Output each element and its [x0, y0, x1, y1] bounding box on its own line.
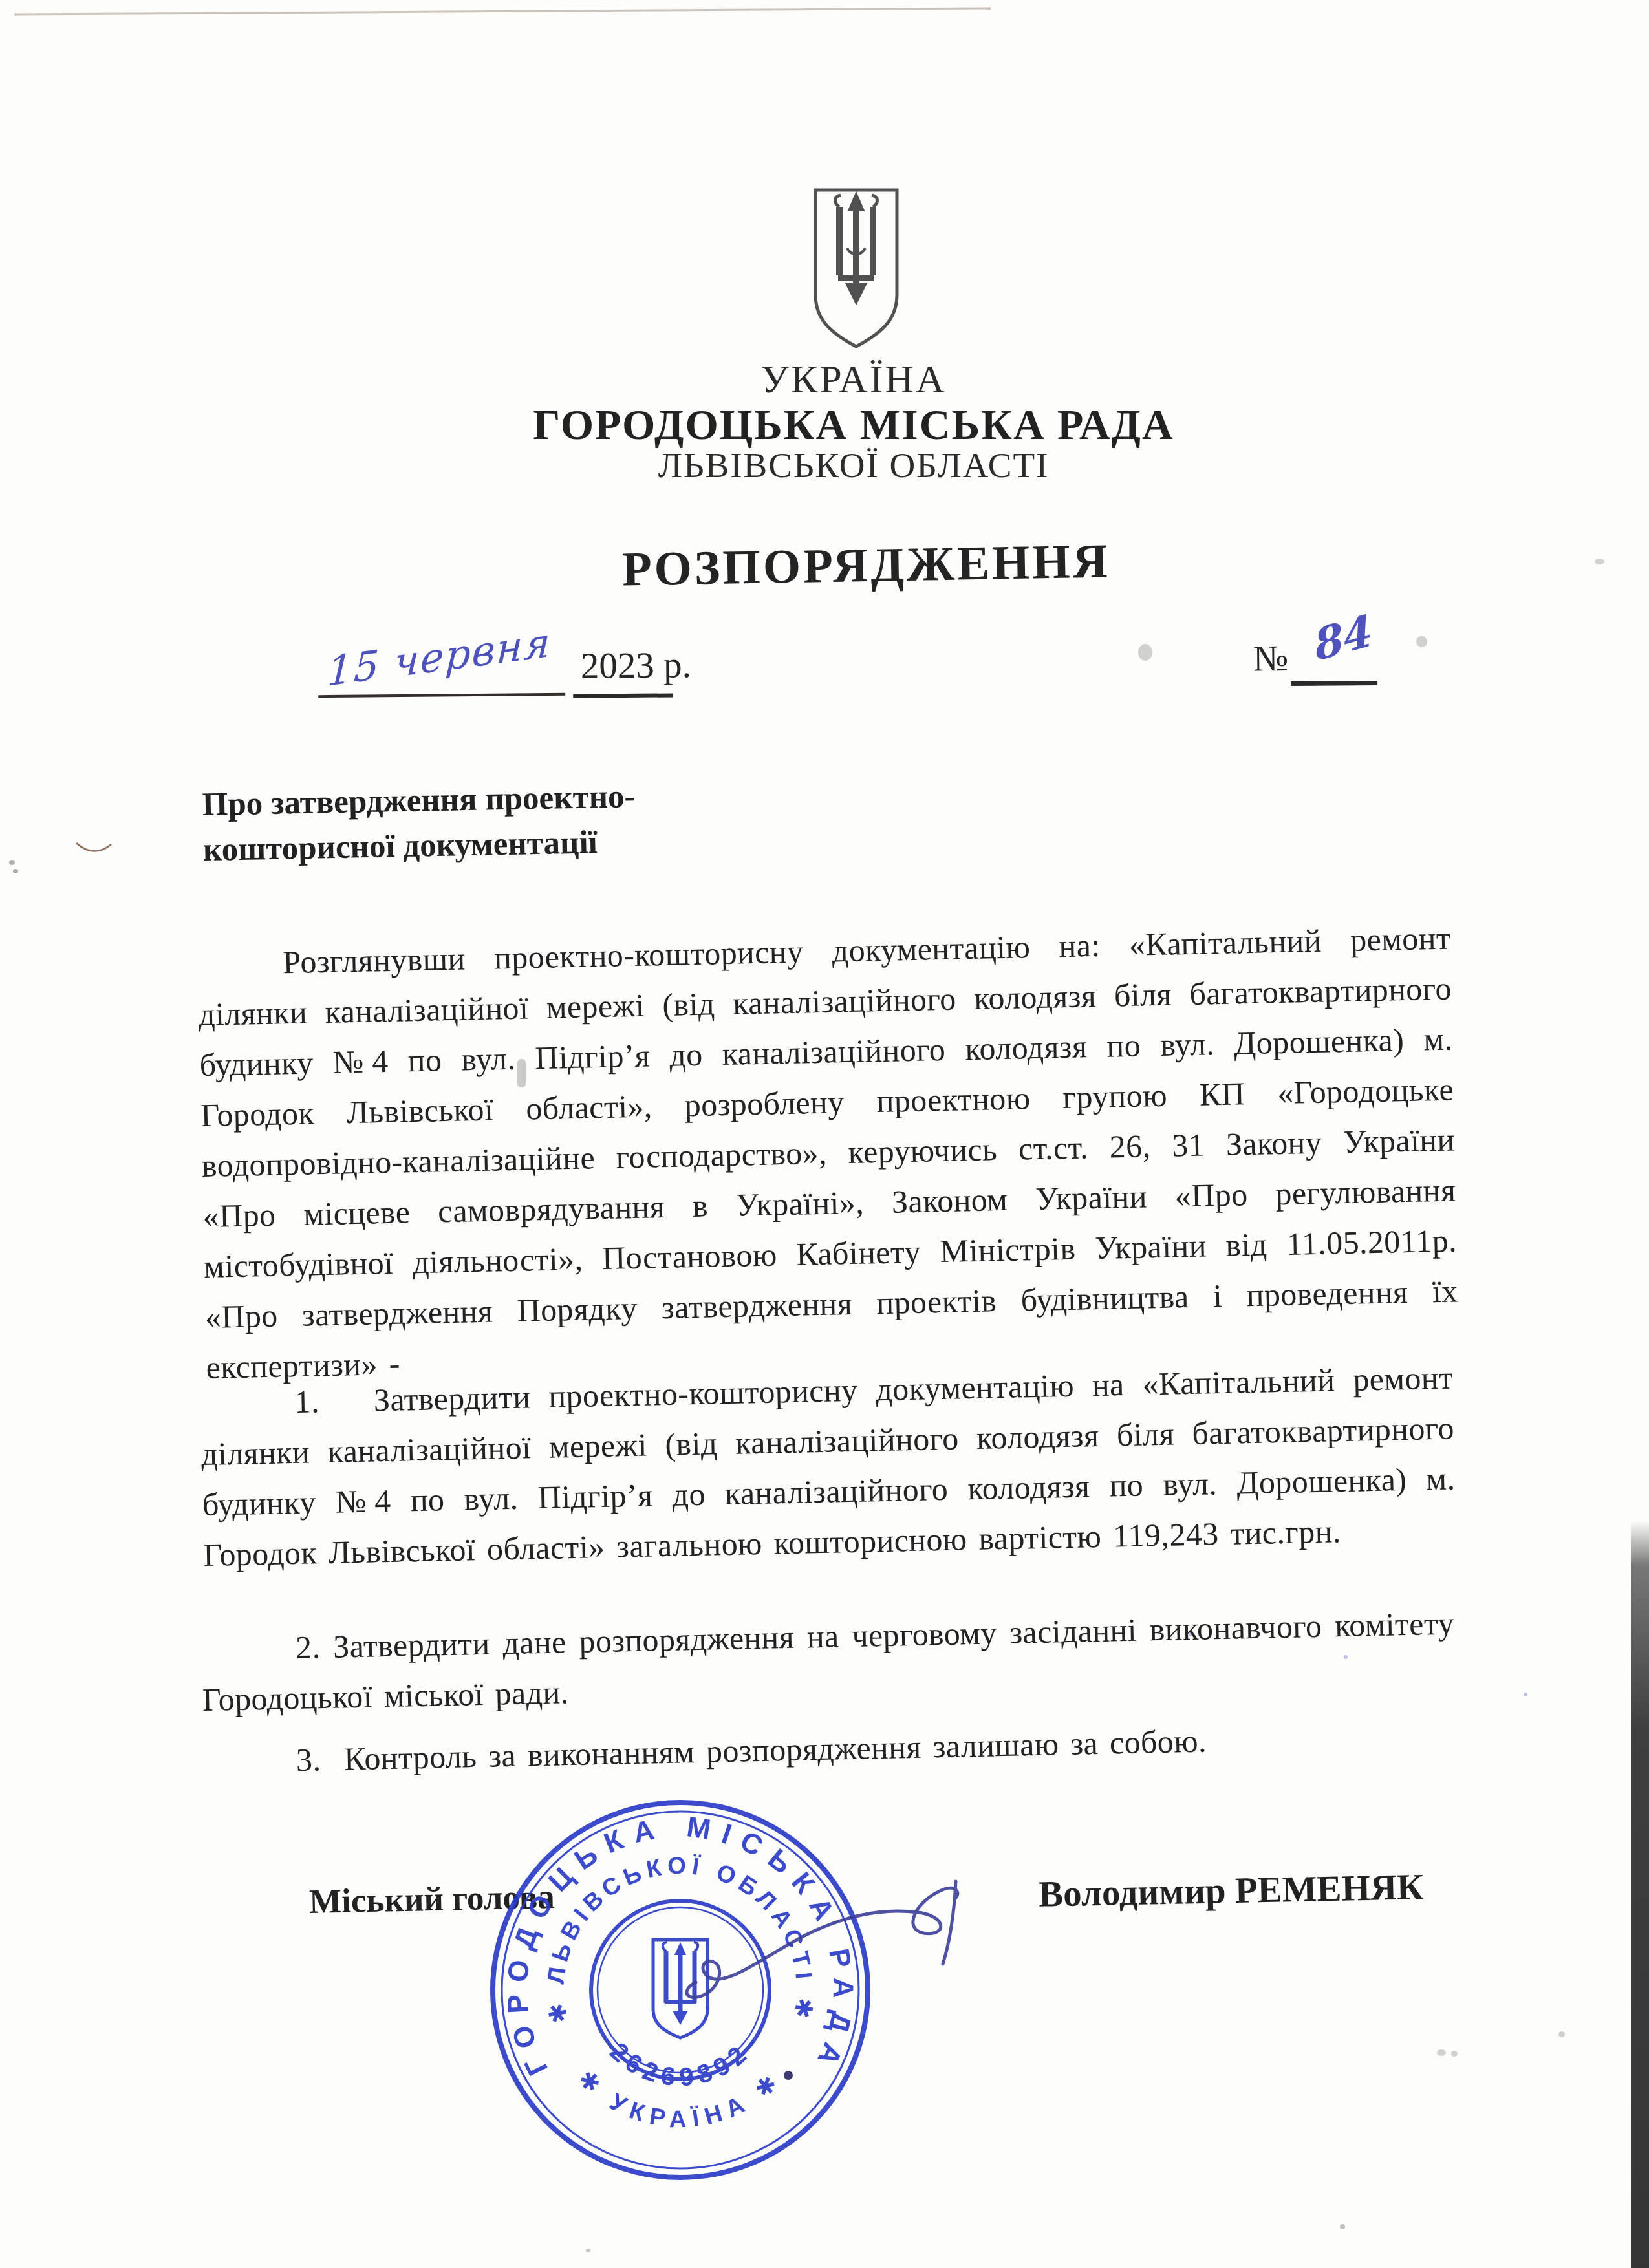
handwritten-signature [666, 1859, 1028, 2092]
order-item-1: 1. Затвердити проектно-кошторисну докуме… [200, 1352, 1457, 1580]
scan-blob [1451, 2051, 1458, 2057]
year-label: 2023 р. [581, 644, 692, 687]
dateline: 15 червня 2023 р. № 84 [0, 0, 1649, 745]
number-underline [1291, 681, 1377, 686]
scanned-document-page: { "header": { "country": "УКРАЇНА", "cou… [0, 0, 1649, 2268]
order-item-2: 2. Затвердити дане розпорядження на черг… [200, 1598, 1456, 1725]
handwritten-number: 84 [1311, 604, 1375, 671]
preamble-paragraph: Розглянувши проектно-кошторисну документ… [197, 912, 1460, 1392]
scan-speck [1558, 2031, 1565, 2037]
date-underline [318, 693, 565, 698]
order-item-3: 3. Контроль за виконанням розпорядження … [201, 1710, 1455, 1787]
scan-speck [586, 2249, 590, 2252]
year-underline [573, 693, 673, 698]
scan-edge-shadow [1631, 1521, 1649, 2268]
subject-heading: Про затвердження проектно- кошторисної д… [202, 769, 914, 873]
ink-speck [1524, 1693, 1527, 1696]
signatory-name: Володимир РЕМЕНЯК [1038, 1866, 1424, 1915]
number-sign: № [1253, 637, 1289, 679]
scan-blob [1437, 2049, 1446, 2056]
scan-speck [1340, 2224, 1345, 2229]
scan-speck [13, 869, 18, 873]
handwritten-date: 15 червня [327, 618, 553, 696]
scan-speck [9, 860, 15, 865]
scan-arc-artifact [75, 838, 113, 861]
